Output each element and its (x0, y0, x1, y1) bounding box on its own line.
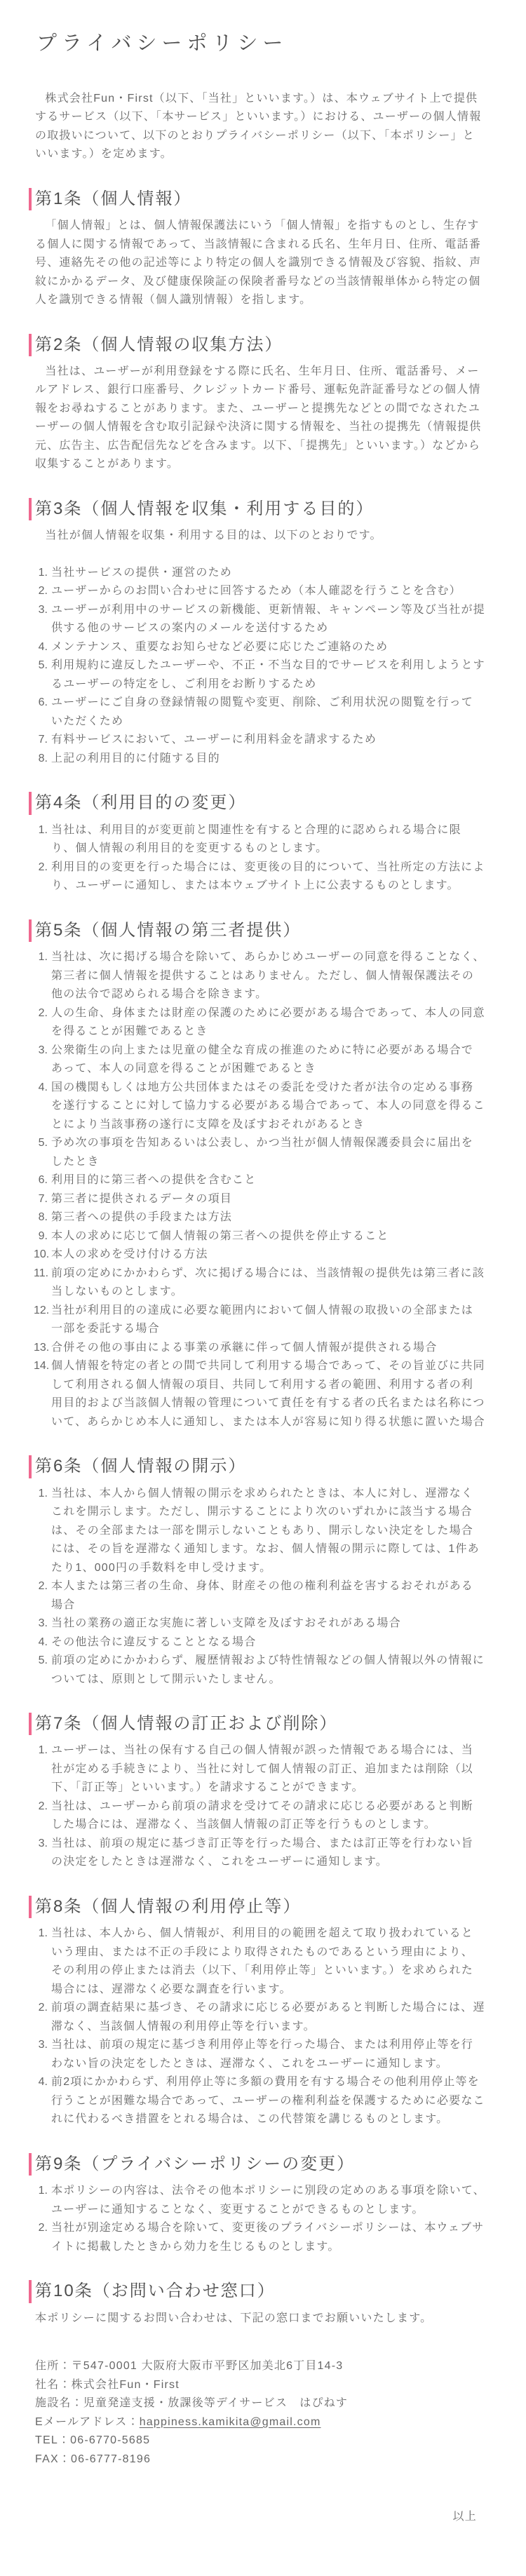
section-10: 第10条（お問い合わせ窓口）本ポリシーに関するお問い合わせは、下記の窓口までお願… (35, 2280, 485, 2328)
section-9: 第9条（プライバシーポリシーの変更）本ポリシーの内容は、法令その他本ポリシーに別… (35, 2153, 485, 2256)
list-item: 上記の利用目的に付随する目的 (51, 750, 485, 769)
section-heading: 第3条（個人情報を収集・利用する目的） (29, 498, 485, 520)
section-list: 当社は、本人から個人情報の開示を求められたときは、本人に対し、遅滞なくこれを開示… (35, 1485, 485, 1690)
list-item: 当社が別途定める場合を除いて、変更後のプライバシーポリシーは、本ウェブサイトに掲… (51, 2219, 485, 2256)
list-item: 第三者に提供されるデータの項目 (51, 1190, 485, 1209)
section-heading: 第1条（個人情報） (29, 188, 485, 210)
section-3: 第3条（個人情報を収集・利用する目的）当社が個人情報を収集・利用する目的は、以下… (35, 498, 485, 768)
section-paragraph: 当社が個人情報を収集・利用する目的は、以下のとおりです。 (35, 527, 485, 546)
list-item: ユーザーにご自身の登録情報の閲覧や変更、削除、ご利用状況の閲覧を行っていただくた… (51, 694, 485, 731)
list-item: 本人の求めに応じて個人情報の第三者への提供を停止すること (51, 1227, 485, 1246)
list-item: ユーザーは、当社の保有する自己の個人情報が誤った情報である場合には、当社が定める… (51, 1741, 485, 1798)
section-7: 第7条（個人情報の訂正および削除）ユーザーは、当社の保有する自己の個人情報が誤っ… (35, 1713, 485, 1872)
list-item: 本人または第三者の生命、身体、財産その他の権利利益を害するおそれがある場合 (51, 1577, 485, 1614)
privacy-policy-page: プライバシーポリシー 株式会社Fun・First（以下、「当社」といいます。）は… (0, 0, 526, 2576)
sections-container: 第1条（個人情報）「個人情報」とは、個人情報保護法にいう「個人情報」を指すものと… (35, 188, 485, 2328)
section-list: 本ポリシーの内容は、法令その他本ポリシーに別段の定めのある事項を除いて、ユーザー… (35, 2182, 485, 2256)
section-list: ユーザーは、当社の保有する自己の個人情報が誤った情報である場合には、当社が定める… (35, 1741, 485, 1872)
email-label: Eメールアドレス： (35, 2416, 140, 2428)
section-heading: 第6条（個人情報の開示） (29, 1455, 485, 1478)
list-item: 当社は、前項の規定に基づき訂正等を行った場合、または訂正等を行わない旨の決定をし… (51, 1835, 485, 1872)
closing-text: 以上 (35, 2508, 477, 2527)
intro-paragraph: 株式会社Fun・First（以下、「当社」といいます。）は、本ウェブサイト上で提… (35, 90, 485, 164)
list-item: 国の機関もしくは地方公共団体またはその委託を受けた者が法令の定める事務を遂行する… (51, 1079, 485, 1135)
list-item: 人の生命、身体または財産の保護のために必要がある場合であって、本人の同意を得るこ… (51, 1004, 485, 1041)
contact-address: 住所：〒547-0001 大阪府大阪市平野区加美北6丁目14-3 (35, 2357, 485, 2376)
list-item: 当社は、本人から、個人情報が、利用目的の範囲を超えて取り扱われているという理由、… (51, 1924, 485, 1999)
list-item: その他法令に違反することとなる場合 (51, 1633, 485, 1652)
list-item: 当社サービスの提供・運営のため (51, 564, 485, 583)
list-item: 有料サービスにおいて、ユーザーに利用料金を請求するため (51, 731, 485, 750)
list-item: 当社は、ユーザーから前項の請求を受けてその請求に応じる必要があると判断した場合に… (51, 1798, 485, 1835)
list-item: 利用目的の変更を行った場合には、変更後の目的について、当社所定の方法により、ユー… (51, 858, 485, 896)
contact-company: 社名：株式会社Fun・First (35, 2376, 485, 2395)
section-paragraph: 当社は、ユーザーが利用登録をする際に氏名、生年月日、住所、電話番号、メールアドレ… (35, 363, 485, 474)
contact-facility: 施設名：児童発達支援・放課後等デイサービス はぴねす (35, 2394, 485, 2413)
section-paragraph: 本ポリシーに関するお問い合わせは、下記の窓口までお願いいたします。 (35, 2309, 485, 2328)
list-item: 合併その他の事由による事業の承継に伴って個人情報が提供される場合 (51, 1339, 485, 1358)
list-item: ユーザーからのお問い合わせに回答するため（本人確認を行うことを含む） (51, 582, 485, 601)
section-heading: 第8条（個人情報の利用停止等） (29, 1896, 485, 1918)
email-link[interactable]: happiness.kamikita@gmail.com (140, 2416, 321, 2428)
list-item: 利用規約に違反したユーザーや、不正・不当な目的でサービスを利用しようとするユーザ… (51, 656, 485, 694)
section-2: 第2条（個人情報の収集方法）当社は、ユーザーが利用登録をする際に氏名、生年月日、… (35, 334, 485, 474)
list-item: 本ポリシーの内容は、法令その他本ポリシーに別段の定めのある事項を除いて、ユーザー… (51, 2182, 485, 2219)
list-item: 公衆衛生の向上または児童の健全な育成の推進のために特に必要がある場合であって、本… (51, 1041, 485, 1079)
section-heading: 第5条（個人情報の第三者提供） (29, 919, 485, 942)
contact-block: 住所：〒547-0001 大阪府大阪市平野区加美北6丁目14-3社名：株式会社F… (35, 2357, 485, 2469)
list-item: メンテナンス、重要なお知らせなど必要に応じたご連絡のため (51, 638, 485, 657)
contact-email: Eメールアドレス：happiness.kamikita@gmail.com (35, 2413, 485, 2432)
list-item: 個人情報を特定の者との間で共同して利用する場合であって、その旨並びに共同して利用… (51, 1357, 485, 1431)
list-item: 当社は、本人から個人情報の開示を求められたときは、本人に対し、遅滞なくこれを開示… (51, 1485, 485, 1578)
section-8: 第8条（個人情報の利用停止等）当社は、本人から、個人情報が、利用目的の範囲を超え… (35, 1896, 485, 2129)
section-5: 第5条（個人情報の第三者提供）当社は、次に掲げる場合を除いて、あらかじめユーザー… (35, 919, 485, 1431)
list-item: 本人の求めを受け付ける方法 (51, 1246, 485, 1265)
section-list: 当社は、次に掲げる場合を除いて、あらかじめユーザーの同意を得ることなく、第三者に… (35, 948, 485, 1431)
list-item: 当社は、次に掲げる場合を除いて、あらかじめユーザーの同意を得ることなく、第三者に… (51, 948, 485, 1004)
section-paragraph: 「個人情報」とは、個人情報保護法にいう「個人情報」を指すものとし、生存する個人に… (35, 217, 485, 310)
section-list: 当社は、本人から、個人情報が、利用目的の範囲を超えて取り扱われているという理由、… (35, 1924, 485, 2129)
section-heading: 第4条（利用目的の変更） (29, 792, 485, 814)
list-item: 当社は、利用目的が変更前と関連性を有すると合理的に認められる場合に限り、個人情報… (51, 821, 485, 858)
section-list: 当社サービスの提供・運営のためユーザーからのお問い合わせに回答するため（本人確認… (35, 564, 485, 769)
page-title: プライバシーポリシー (36, 31, 485, 58)
list-item: 第三者への提供の手段または方法 (51, 1208, 485, 1227)
contact-tel: TEL：06-6770-5685 (35, 2432, 485, 2450)
section-heading: 第10条（お問い合わせ窓口） (29, 2280, 485, 2302)
list-item: 予め次の事項を告知あるいは公表し、かつ当社が個人情報保護委員会に届出をしたとき (51, 1134, 485, 1171)
section-6: 第6条（個人情報の開示）当社は、本人から個人情報の開示を求められたときは、本人に… (35, 1455, 485, 1689)
section-4: 第4条（利用目的の変更）当社は、利用目的が変更前と関連性を有すると合理的に認めら… (35, 792, 485, 895)
list-item: 前項の定めにかかわらず、次に掲げる場合には、当該情報の提供先は第三者に該当しない… (51, 1265, 485, 1302)
list-item: 前2項にかかわらず、利用停止等に多額の費用を有する場合その他利用停止等を行うこと… (51, 2073, 485, 2129)
list-item: ユーザーが利用中のサービスの新機能、更新情報、キャンペーン等及び当社が提供する他… (51, 601, 485, 638)
list-item: 当社の業務の適正な実施に著しい支障を及ぼすおそれがある場合 (51, 1614, 485, 1633)
section-heading: 第2条（個人情報の収集方法） (29, 334, 485, 356)
section-1: 第1条（個人情報）「個人情報」とは、個人情報保護法にいう「個人情報」を指すものと… (35, 188, 485, 310)
section-heading: 第9条（プライバシーポリシーの変更） (29, 2153, 485, 2176)
section-list: 当社は、利用目的が変更前と関連性を有すると合理的に認められる場合に限り、個人情報… (35, 821, 485, 896)
list-item: 当社が利用目的の達成に必要な範囲内において個人情報の取扱いの全部または一部を委託… (51, 1302, 485, 1339)
list-item: 当社は、前項の規定に基づき利用停止等を行った場合、または利用停止等を行わない旨の… (51, 2036, 485, 2073)
list-item: 前項の定めにかかわらず、履歴情報および特性情報などの個人情報以外の情報については… (51, 1652, 485, 1689)
list-item: 前項の調査結果に基づき、その請求に応じる必要があると判断した場合には、遅滞なく、… (51, 1999, 485, 2036)
section-heading: 第7条（個人情報の訂正および削除） (29, 1713, 485, 1735)
list-item: 利用目的に第三者への提供を含むこと (51, 1171, 485, 1190)
